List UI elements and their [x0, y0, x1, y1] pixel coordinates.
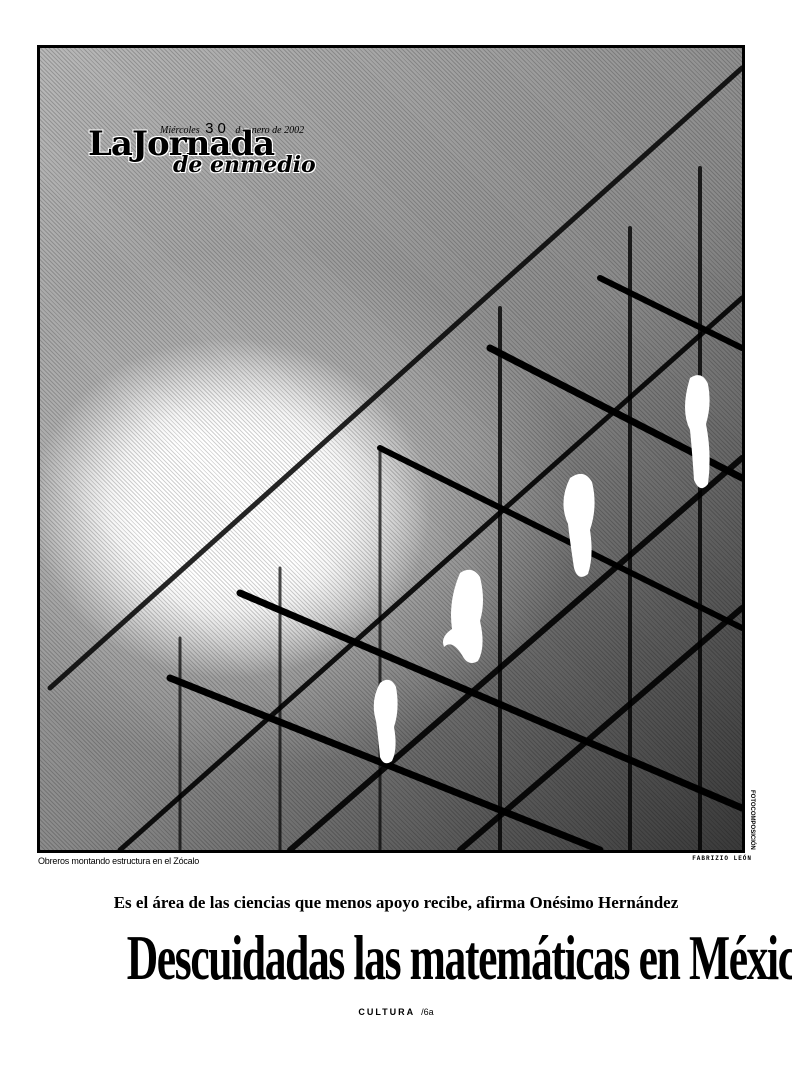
- section-name: CULTURA: [358, 1007, 415, 1017]
- photo-caption: Obreros montando estructura en el Zócalo: [38, 856, 199, 866]
- masthead: Miércoles 30 de enero de 2002 LaJornada …: [88, 118, 318, 178]
- section-reference[interactable]: CULTURA/6a: [0, 1007, 792, 1017]
- story-kicker: Es el área de las ciencias que menos apo…: [0, 893, 792, 913]
- photo-credit: FABRIZIO LEÓN: [692, 855, 752, 862]
- story-headline[interactable]: Descuidadas las matemáticas en México: [127, 918, 666, 998]
- photo-section-label: FOTOCOMPOSICIÓN: [744, 790, 756, 850]
- cover-photo: Miércoles 30 de enero de 2002 LaJornada …: [37, 45, 745, 853]
- section-page: /6a: [421, 1007, 434, 1017]
- masthead-subtitle: de enmedio: [173, 152, 316, 178]
